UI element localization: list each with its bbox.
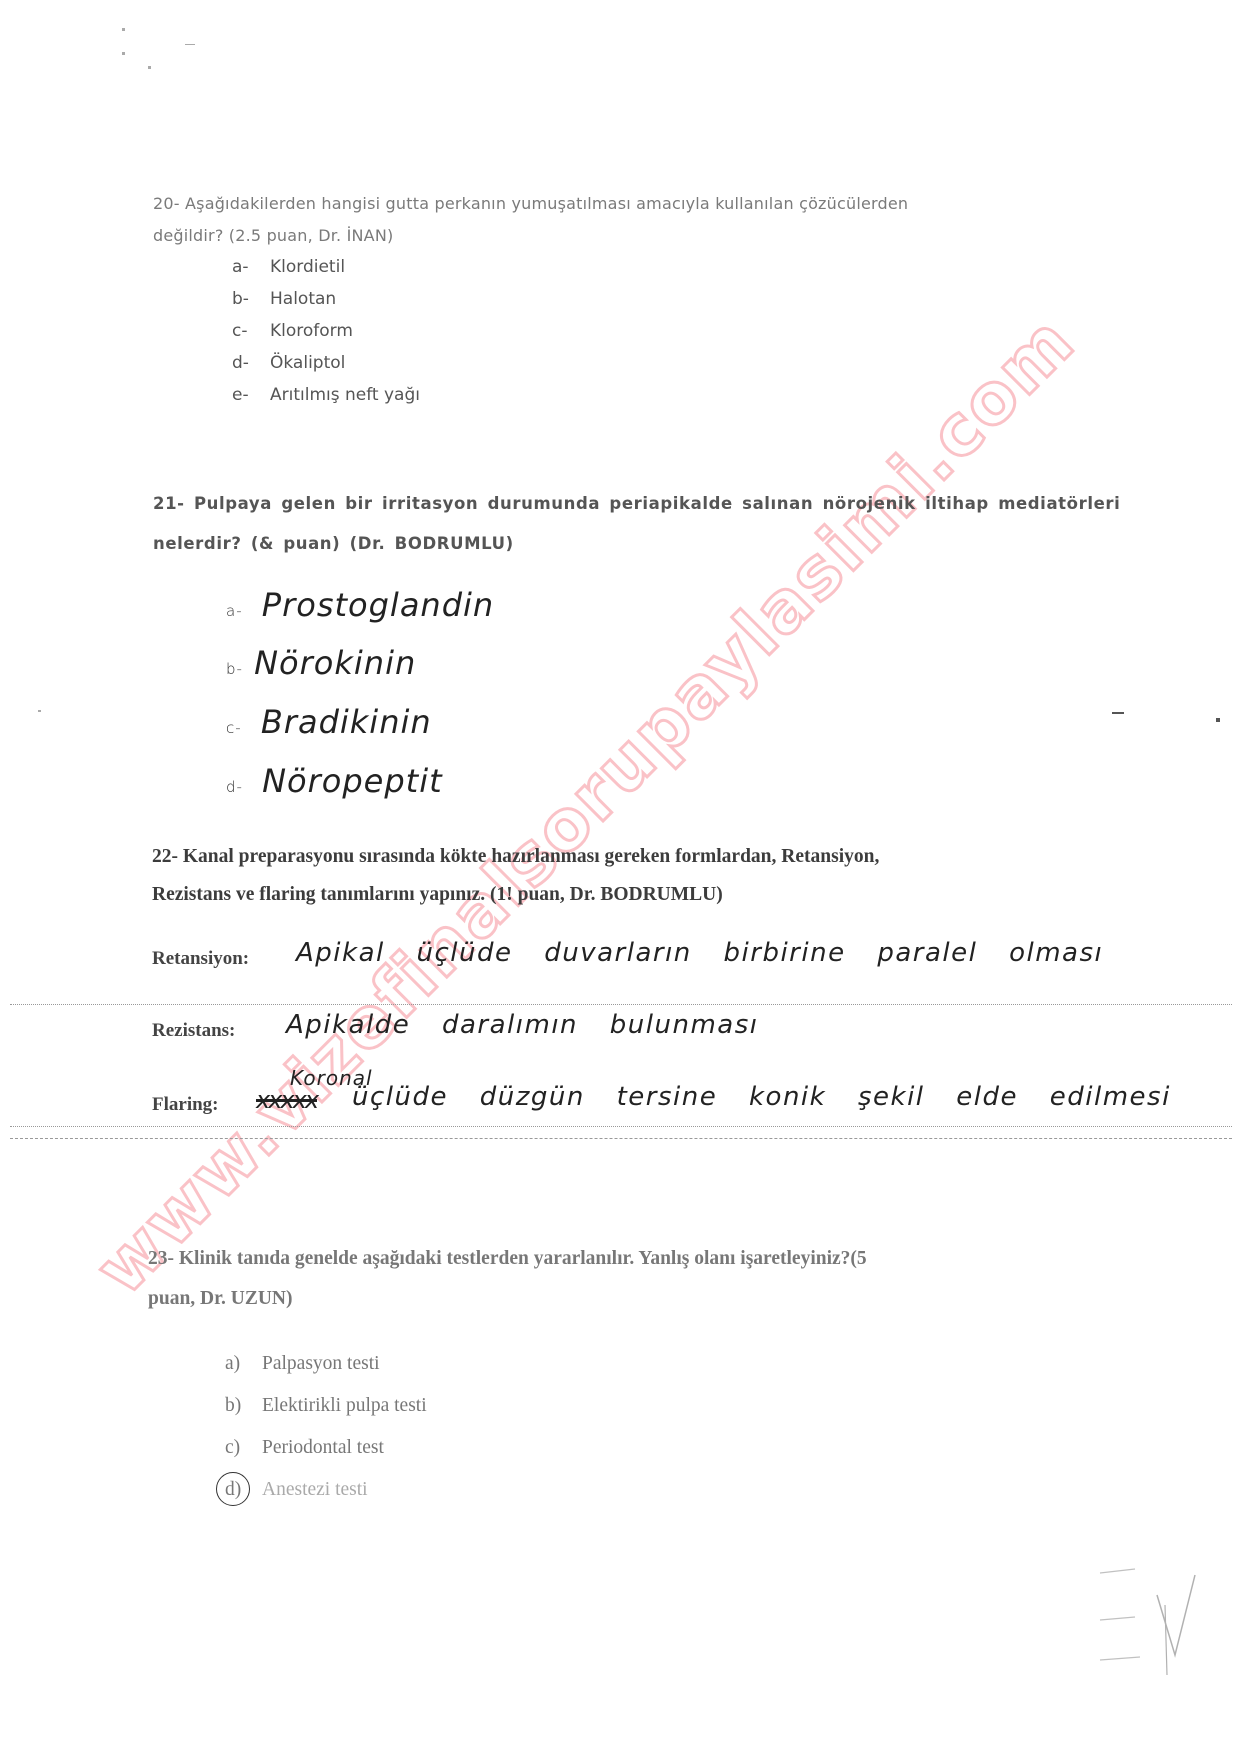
scan-speck: [1216, 718, 1220, 722]
dotted-line: [10, 1138, 1232, 1139]
answer-label: b-: [226, 660, 243, 678]
scan-speck: [38, 710, 41, 712]
option-label: a): [225, 1353, 240, 1375]
answer-label: a-: [226, 602, 243, 620]
answer-label: c-: [226, 719, 242, 737]
option-text: Arıtılmış neft yağı: [270, 385, 420, 405]
question-22-text: Rezistans ve flaring tanımlarını yapınız…: [152, 884, 723, 906]
handwritten-answer: a- Prostoglandin: [226, 586, 494, 624]
option-label: e-: [232, 385, 249, 405]
question-22-text: 22- Kanal preparasyonu sırasında kökte h…: [152, 846, 879, 868]
scan-speck: [122, 52, 125, 55]
question-23-text: puan, Dr. UZUN): [148, 1288, 292, 1310]
answer-text: Nörokinin: [254, 644, 416, 682]
handwritten-answer: Apikal üçlüde duvarların birbirine paral…: [296, 938, 1103, 968]
answer-label: d-: [226, 778, 243, 796]
handwritten-answer: d- Nöropeptit: [226, 762, 443, 800]
struck-word: xxxxx: [256, 1086, 317, 1114]
option-label: a-: [232, 257, 249, 277]
scan-speck: [185, 44, 195, 45]
field-label: Retansiyon:: [152, 948, 249, 970]
option-text: Ökaliptol: [270, 353, 345, 373]
answer-text: Prostoglandin: [262, 586, 494, 624]
question-21-text: 21- Pulpaya gelen bir irritasyon durumun…: [153, 494, 1120, 513]
answer-text: Nöropeptit: [262, 762, 443, 800]
option-text: Periodontal test: [262, 1437, 384, 1459]
option-text: Kloroform: [270, 321, 353, 341]
question-20-text: değildir? (2.5 puan, Dr. İNAN): [153, 226, 393, 245]
handwritten-answer: c- Bradikinin: [226, 703, 432, 741]
option-label: b-: [232, 289, 249, 309]
option-text: Elektirikli pulpa testi: [262, 1395, 427, 1417]
question-21-text: nelerdir? (& puan) (Dr. BODRUMLU): [153, 534, 514, 553]
dotted-line: [10, 1126, 1232, 1127]
dotted-line: [10, 1004, 1232, 1005]
option-label: b): [225, 1395, 241, 1417]
scan-speck: [122, 28, 125, 31]
option-label: d): [225, 1479, 241, 1501]
field-label: Rezistans:: [152, 1020, 235, 1042]
field-label: Flaring:: [152, 1094, 219, 1116]
watermark: www.vizefinalsorupaylasimi.com: [80, 300, 1091, 1311]
question-23-text: 23- Klinik tanıda genelde aşağıdaki test…: [148, 1248, 867, 1270]
question-20-text: 20- Aşağıdakilerden hangisi gutta perkan…: [153, 194, 908, 213]
option-label: c): [225, 1437, 240, 1459]
option-text: Halotan: [270, 289, 336, 309]
scan-speck: [1112, 712, 1124, 714]
option-label: d-: [232, 353, 249, 373]
handwritten-answer: üçlüde düzgün tersine konik şekil elde e…: [352, 1082, 1171, 1112]
handwritten-answer: Apikalde daralımın bulunması: [286, 1010, 758, 1040]
option-text: Palpasyon testi: [262, 1353, 380, 1375]
answer-text: Bradikinin: [261, 703, 432, 741]
scribble-mark: [1095, 1565, 1205, 1695]
scan-speck: [148, 66, 151, 69]
handwritten-answer: b- Nörokinin: [226, 644, 416, 682]
option-label: c-: [232, 321, 247, 341]
option-text: Klordietil: [270, 257, 345, 277]
option-text: Anestezi testi: [262, 1479, 368, 1501]
